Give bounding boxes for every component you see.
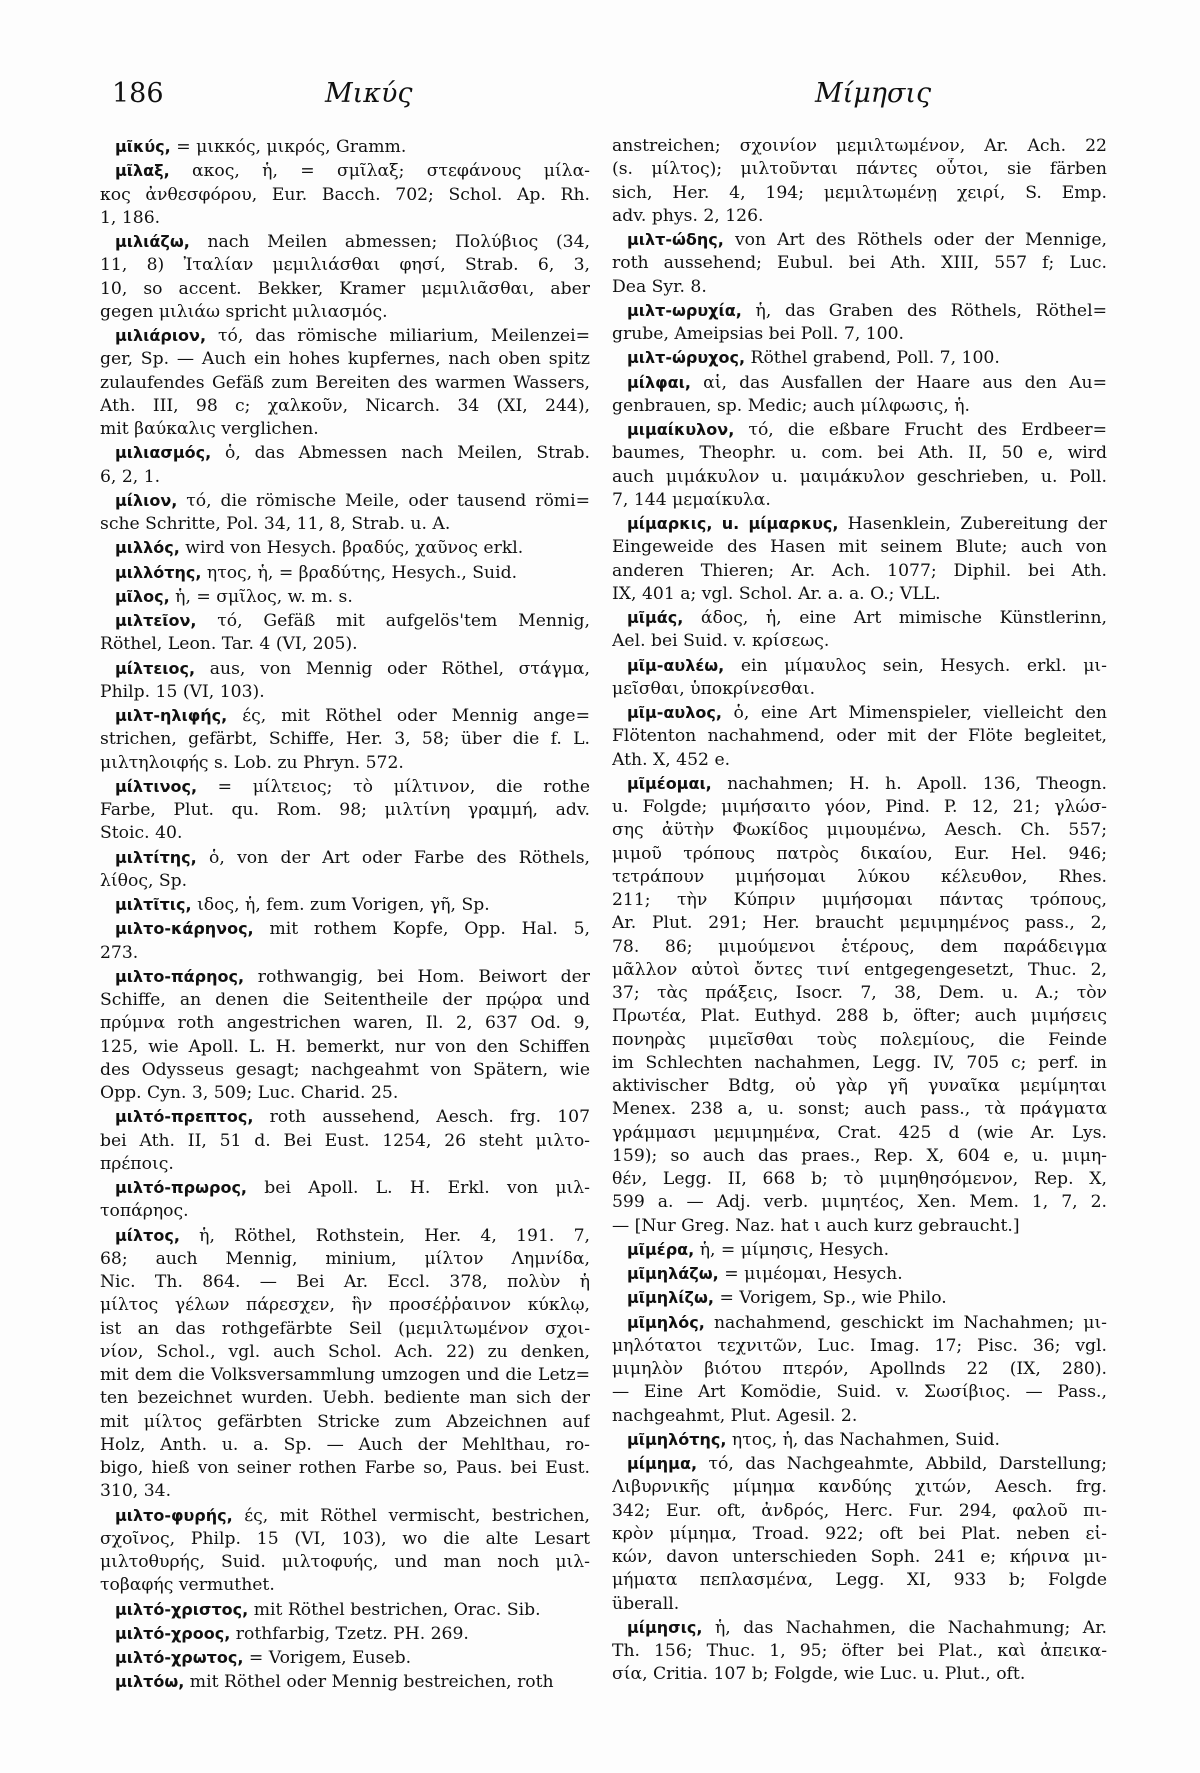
entry-line: Ael. bei Suid. v. κρίσεως. [612,630,1107,653]
entry-line: — Eine Art Komödie, Suid. v. Σωσίβιος. —… [612,1381,1107,1404]
dictionary-entry: μῖμηλότης, ητος, ἡ, das Nachahmen, Suid. [612,1428,1107,1452]
entry-line: mit βαύκαλις verglichen. [100,418,590,441]
entry-text: 68; auch Mennig, minium, μίλτον Λημνίδα, [100,1249,590,1269]
entry-text: zulaufendes Gefäß zum Bereiten des warme… [100,373,590,393]
headword: μιλτ-ηλιφής, [115,706,227,725]
entry-line: μιλτό-χριστος, mit Röthel bestrichen, Or… [100,1598,590,1622]
dictionary-entry: μιλτό-πρεπτος, roth aussehend, Aesch. fr… [100,1105,590,1176]
entry-text: ὁ, das Abmessen nach Meilen, Strab. [225,443,590,463]
entry-line: mit dem die Volksversammlung umzogen und… [100,1364,590,1387]
entry-line: Dea Syr. 8. [612,276,1107,299]
entry-text: τετράπουν μιμήσομαι λύκου κέλευθον, Rhes… [612,867,1107,887]
entry-text: μιλτοθυρής, Suid. μιλτοφυής, und man noc… [100,1552,590,1572]
entry-text: bigo, hieß von seiner rothen Farbe so, P… [100,1458,590,1478]
entry-line: 159); so auch das praes., Rep. X, 604 e,… [612,1145,1107,1168]
entry-line: μίλτινος, = μίλτειος; τὸ μίλτινον, die r… [100,775,590,799]
entry-line: μιλτ-ηλιφής, ές, mit Röthel oder Mennig … [100,704,590,728]
entry-line: ten bezeichnet wurden. Uebh. bediente ma… [100,1387,590,1410]
entry-text: ἡ, Röthel, Rothstein, Her. 4, 191. 7, [199,1226,590,1246]
entry-line: Λιβυρνικῆς μίμημα κανδύης χιτών, Aesch. … [612,1476,1107,1499]
dictionary-entry: μιλτεῖον, τό, Gefäß mit aufgelös'tem Men… [100,609,590,657]
entry-line: Ath. III, 98 c; χαλκοῦν, Nicarch. 34 (XI… [100,395,590,418]
entry-text: von Art des Röthels oder der Mennige, [735,230,1107,250]
entry-text: Λιβυρνικῆς μίμημα κανδύης χιτών, Aesch. … [612,1477,1107,1497]
right-column: anstreichen; σχοινίον μεμιλτωμένον, Ar. … [612,135,1107,1687]
entry-text: Philp. 15 (VI, 103). [100,682,265,702]
entry-text: gegen μιλιάω spricht μιλιασμός. [100,302,388,322]
entry-line: μίλτος γέλων πάρεσχεν, ἣν προσέῤῥαινον κ… [100,1294,590,1317]
entry-line: Ath. X, 452 e. [612,749,1107,772]
entry-text: τό, das Nachgeahmte, Abbild, Darstellung… [708,1454,1107,1474]
entry-text: κών, davon unterschieden Soph. 241 e; κή… [612,1547,1107,1567]
entry-line: κος ἀνθεσφόρου, Eur. Bacch. 702; Schol. … [100,184,590,207]
dictionary-entry: μίλτειος, aus, von Mennig oder Röthel, σ… [100,657,590,705]
entry-text: ὁ, eine Art Mimenspieler, vielleicht den [733,703,1107,723]
entry-text: mit Röthel bestrichen, Orac. Sib. [254,1600,541,1620]
entry-line: μῖμέρα, ἡ, = μίμησις, Hesych. [612,1238,1107,1262]
entry-line: μιλτό-πρεπτος, roth aussehend, Aesch. fr… [100,1105,590,1129]
headword: μιλτό-χρωτος, [115,1648,243,1667]
headword: μῖμ-αυλος, [627,703,722,722]
entry-line: μᾶλλον αὐτοὶ ὄντες τινί entgegengesetzt,… [612,959,1107,982]
entry-text: Ael. bei Suid. v. κρίσεως. [612,631,829,651]
entry-line: baumes, Theophr. u. com. bei Ath. II, 50… [612,442,1107,465]
dictionary-entry: μιλλότης, ητος, ἡ, = βραδύτης, Hesych., … [100,561,590,585]
dictionary-entry: μιλτό-χρωτος, = Vorigem, Euseb. [100,1646,590,1670]
headword: μῖλος, [115,587,170,606]
entry-text: aktivischer Bdtg, οὐ γὰρ γῆ γυναῖκα μεμί… [612,1076,1107,1096]
headword: μιλτό-πρεπτος, [115,1107,253,1126]
entry-line: μίλτειος, aus, von Mennig oder Röthel, σ… [100,657,590,681]
headword: μῖμάς, [627,608,683,627]
entry-line: 1, 186. [100,207,590,230]
entry-line: σχοῖνος, Philp. 15 (VI, 103), wo die alt… [100,1528,590,1551]
entry-text: μίλτος γέλων πάρεσχεν, ἣν προσέῤῥαινον κ… [100,1295,590,1315]
entry-text: 11, 8) Ἰταλίαν μεμιλιάσθαι φησί, Strab. … [100,255,590,275]
entry-text: nachgeahmt, Plut. Agesil. 2. [612,1406,857,1426]
entry-text: baumes, Theophr. u. com. bei Ath. II, 50… [612,443,1107,463]
entry-line: 211; τὴν Κύπριν μιμήσομαι πάντας τρόπους… [612,889,1107,912]
entry-line: Menex. 238 a, u. sonst; auch pass., τὰ π… [612,1098,1107,1121]
entry-line: μιλτόω, mit Röthel oder Mennig bestreich… [100,1670,590,1694]
headword: μιλτό-πρωρος, [115,1178,247,1197]
entry-text: τό, die römische Meile, oder tausend röm… [186,491,590,511]
entry-text: mit βαύκαλις verglichen. [100,419,319,439]
entry-line: μίμημα, τό, das Nachgeahmte, Abbild, Dar… [612,1452,1107,1476]
entry-line: πρύμνα roth angestrichen waren, Il. 2, 6… [100,1012,590,1035]
entry-text: τό, die eßbare Frucht des Erdbeer= [748,420,1107,440]
headword: μῖμ-αυλέω, [627,656,724,675]
entry-text: γράμμασι μεμιμημένα, Crat. 425 d (wie Ar… [612,1123,1107,1143]
headword: μίμαρκις, u. μίμαρκυς, [627,514,838,533]
dictionary-entry: μιλτό-χροος, rothfarbig, Tzetz. PH. 269. [100,1622,590,1646]
entry-text: = Vorigem, Euseb. [249,1648,411,1668]
dictionary-entry: μίλιον, τό, die römische Meile, oder tau… [100,489,590,537]
entry-text: πρύμνα roth angestrichen waren, Il. 2, 6… [100,1013,590,1033]
headword: μῖμηλότης, [627,1430,726,1449]
headword: μίμημα, [627,1454,697,1473]
entry-text: μήματα πεπλασμένα, Legg. XI, 933 b; Folg… [612,1570,1107,1590]
headword: μιλτ-ώδης, [627,230,724,249]
entry-text: = μιμέομαι, Hesych. [724,1264,903,1284]
entry-line: μῖμάς, άδος, ἡ, eine Art mimische Künstl… [612,606,1107,630]
entry-line: anstreichen; σχοινίον μεμιλτωμένον, Ar. … [612,135,1107,158]
dictionary-entry: μιλτό-πρωρος, bei Apoll. L. H. Erkl. von… [100,1176,590,1224]
entry-line: Eingeweide des Hasen mit seinem Blute; a… [612,536,1107,559]
entry-text: Farbe, Plut. qu. Rom. 98; μιλτίνη γραμμή… [100,800,590,820]
entry-line: μιμηλὸν βιότου πτερόν, Apollnds 22 (IX, … [612,1358,1107,1381]
entry-text: des Odysseus gesagt; nachgeahmt von Spät… [100,1060,590,1080]
entry-line: μιλτ-ώδης, von Art des Röthels oder der … [612,228,1107,252]
entry-text: σία, Critia. 107 b; Folgde, wie Luc. u. … [612,1664,1025,1684]
entry-text: u. Folgde; μιμήσαιτο γόον, Pind. P. 12, … [612,797,1107,817]
entry-text: Nic. Th. 864. — Bei Ar. Eccl. 378, πολὺν… [100,1272,590,1292]
dictionary-entry: μίμησις, ἡ, das Nachahmen, die Nachahmun… [612,1616,1107,1687]
entry-text: μεῖσθαι, ὑποκρίνεσθαι. [612,679,815,699]
entry-line: θέν, Legg. II, 668 b; τὸ μιμηθησόμενον, … [612,1168,1107,1191]
entry-text: nachahmen; H. h. Apoll. 136, Theogn. [727,774,1107,794]
entry-text: 78. 86; μιμούμενοι ἑτέρους, dem παράδειγ… [612,937,1107,957]
entry-text: πρέποις. [100,1154,174,1174]
page-number: 186 [112,78,164,109]
entry-line: σία, Critia. 107 b; Folgde, wie Luc. u. … [612,1663,1107,1686]
entry-line: Stoic. 40. [100,822,590,845]
entry-text: μηλότατοι τεχνιτῶν, Luc. Imag. 17; Pisc.… [612,1336,1107,1356]
dictionary-entry: μιλιασμός, ὁ, das Abmessen nach Meilen, … [100,441,590,489]
headword: μιλιάζω, [115,232,190,251]
headword: μῖμηλάζω, [627,1264,719,1283]
entry-line: ger, Sp. — Auch ein hohes kupfernes, nac… [100,348,590,371]
entry-text: aus, von Mennig oder Röthel, στάγμα, [210,659,590,679]
entry-line: νίον, Schol., vgl. auch Schol. Ach. 22) … [100,1341,590,1364]
dictionary-entry: μίμαρκις, u. μίμαρκυς, Hasenklein, Zuber… [612,512,1107,606]
entry-line: bigo, hieß von seiner rothen Farbe so, P… [100,1457,590,1480]
entry-text: mit Röthel oder Mennig bestreichen, roth [190,1672,554,1692]
entry-line: Röthel, Leon. Tar. 4 (VI, 205). [100,633,590,656]
entry-text: anstreichen; σχοινίον μεμιλτωμένον, Ar. … [612,136,1107,156]
entry-line: μῖλος, ἡ, = σμῖλος, w. m. s. [100,585,590,609]
dictionary-entry: μιλτόω, mit Röthel oder Mennig bestreich… [100,1670,590,1694]
entry-text: θέν, Legg. II, 668 b; τὸ μιμηθησόμενον, … [612,1169,1107,1189]
entry-line: μῖμ-αυλος, ὁ, eine Art Mimenspieler, vie… [612,701,1107,725]
headword: μῖμηλίζω, [627,1288,714,1307]
entry-text: ten bezeichnet wurden. Uebh. bediente ma… [100,1388,590,1408]
dictionary-entry: μῖμηλός, nachahmend, geschickt im Nachah… [612,1311,1107,1428]
entry-line: ist an das rothgefärbte Seil (μεμιλτωμέν… [100,1318,590,1341]
headword: μίλτειος, [115,659,195,678]
entry-line: μιλτοθυρής, Suid. μιλτοφυής, und man noc… [100,1551,590,1574]
entry-text: Th. 156; Thuc. 1, 95; öfter bei Plat., κ… [612,1641,1107,1661]
entry-line: anderen Thieren; Ar. Ach. 1077; Diphil. … [612,560,1107,583]
entry-text: (s. μίλτος); μιλτοῦνται πάντες οὗτοι, si… [612,159,1107,179]
entry-line: aktivischer Bdtg, οὐ γὰρ γῆ γυναῖκα μεμί… [612,1075,1107,1098]
entry-text: Ath. X, 452 e. [612,750,730,770]
entry-text: 159); so auch das praes., Rep. X, 604 e,… [612,1146,1107,1166]
entry-text: IX, 401 a; vgl. Schol. Ar. a. a. O.; VLL… [612,584,941,604]
headword: μιλτο-πάρηος, [115,967,244,986]
headword: μιλλότης, [115,563,201,582]
entry-text: σης ἀϋτὴν Φωκίδος μιμουμένω, Aesch. Ch. … [612,820,1107,840]
entry-text: roth aussehend; Eubul. bei Ath. XIII, 55… [612,253,1107,273]
entry-line: 10, so accent. Bekker, Kramer μεμιλιᾶσθα… [100,278,590,301]
entry-text: Holz, Anth. u. a. Sp. — Auch der Mehltha… [100,1435,590,1455]
entry-line: Holz, Anth. u. a. Sp. — Auch der Mehltha… [100,1434,590,1457]
entry-text: Ar. Plut. 291; Her. braucht μεμιμημένος … [612,913,1107,933]
entry-line: auch μιμάκυλον u. μαιμάκυλον geschrieben… [612,466,1107,489]
entry-line: μῖλαξ, ακος, ἡ, = σμῖλαξ; στεφάνους μίλα… [100,159,590,183]
headword: μιλτό-χροος, [115,1624,230,1643]
headword: μῖκύς, [115,137,171,156]
headword: μιλτο-φυρής, [115,1506,233,1525]
entry-line: 7, 144 μεμαίκυλα. [612,489,1107,512]
entry-text: Röthel grabend, Poll. 7, 100. [751,348,1000,368]
entry-text: ὁ, von der Art oder Farbe des Röthels, [209,848,590,868]
guide-word-right: Μίμησις [815,78,931,109]
entry-line: μῖκύς, = μικκός, μικρός, Gramm. [100,135,590,159]
headword: μιμαίκυλον, [627,420,734,439]
entry-line: σης ἀϋτὴν Φωκίδος μιμουμένω, Aesch. Ch. … [612,819,1107,842]
headword: μιλτόω, [115,1672,184,1691]
entry-text: Hasenklein, Zubereitung der [848,514,1107,534]
entry-line: μῖμηλάζω, = μιμέομαι, Hesych. [612,1262,1107,1286]
entry-line: μιμαίκυλον, τό, die eßbare Frucht des Er… [612,418,1107,442]
entry-text: ητος, ἡ, das Nachahmen, Suid. [732,1430,1000,1450]
entry-line: nachgeahmt, Plut. Agesil. 2. [612,1405,1107,1428]
dictionary-entry: μίλφαι, αἱ, das Ausfallen der Haare aus … [612,371,1107,419]
entry-line: 37; τὰς πράξεις, Isocr. 7, 38, Dem. u. A… [612,982,1107,1005]
entry-line: γράμμασι μεμιμημένα, Crat. 425 d (wie Ar… [612,1122,1107,1145]
entry-line: (s. μίλτος); μιλτοῦνται πάντες οὗτοι, si… [612,158,1107,181]
entry-text: τοπάρηος. [100,1201,189,1221]
dictionary-entry: μῖμηλίζω, = Vorigem, Sp., wie Philo. [612,1286,1107,1310]
entry-line: μιλτ-ωρυχία, ἡ, das Graben des Röthels, … [612,299,1107,323]
entry-line: μιλτεῖον, τό, Gefäß mit aufgelös'tem Men… [100,609,590,633]
entry-line: μίλτος, ἡ, Röthel, Rothstein, Her. 4, 19… [100,1224,590,1248]
entry-line: κών, davon unterschieden Soph. 241 e; κή… [612,1546,1107,1569]
entry-text: rothwangig, bei Hom. Beiwort der [258,967,590,987]
headword: μῖμέομαι, [627,774,712,793]
dictionary-entry: μῖμηλάζω, = μιμέομαι, Hesych. [612,1262,1107,1286]
entry-text: μιλτηλοιφής s. Lob. zu Phryn. 572. [100,753,404,773]
entry-line: 11, 8) Ἰταλίαν μεμιλιάσθαι φησί, Strab. … [100,254,590,277]
entry-line: roth aussehend; Eubul. bei Ath. XIII, 55… [612,252,1107,275]
dictionary-entry: μιλλός, wird von Hesych. βραδύς, χαῦνος … [100,536,590,560]
entry-text: wird von Hesych. βραδύς, χαῦνος erkl. [185,538,523,558]
entry-line: zulaufendes Gefäß zum Bereiten des warme… [100,372,590,395]
entry-text: κος ἀνθεσφόρου, Eur. Bacch. 702; Schol. … [100,185,590,205]
entry-line: überall. [612,1593,1107,1616]
entry-text: κρὸν μίμημα, Troad. 922; oft bei Plat. n… [612,1524,1107,1544]
dictionary-entry: μιλτίτης, ὁ, von der Art oder Farbe des … [100,846,590,894]
entry-text: τό, das römische miliarium, Meilenzei= [218,326,590,346]
entry-text: 273. [100,943,138,963]
entry-line: μῖμηλότης, ητος, ἡ, das Nachahmen, Suid. [612,1428,1107,1452]
entry-text: Flötenton nachahmend, oder mit der Flöte… [612,726,1107,746]
entry-line: πονηρὰς μιμεῖσθαι τοὺς πολεμίους, die Fe… [612,1029,1107,1052]
entry-text: ist an das rothgefärbte Seil (μεμιλτωμέν… [100,1319,590,1339]
entry-text: μᾶλλον αὐτοὶ ὄντες τινί entgegengesetzt,… [612,960,1107,980]
entry-text: grube, Ameipsias bei Poll. 7, 100. [612,324,904,344]
entry-text: überall. [612,1594,679,1614]
entry-text: 125, wie Apoll. L. H. bemerkt, nur von d… [100,1037,590,1057]
entry-text: ἡ, das Nachahmen, die Nachahmung; Ar. [715,1618,1107,1638]
entry-text: Πρωτέα, Plat. Euthyd. 288 b, öfter; auch… [612,1006,1107,1026]
entry-line: μιλτῖτις, ιδος, ἡ, fem. zum Vorigen, γῆ,… [100,893,590,917]
headword: μιλτίτης, [115,848,197,867]
entry-line: Flötenton nachahmend, oder mit der Flöte… [612,725,1107,748]
entry-text: roth aussehend, Aesch. frg. 107 [270,1107,590,1127]
entry-line: πρέποις. [100,1153,590,1176]
entry-line: μιλιάριον, τό, das römische miliarium, M… [100,324,590,348]
dictionary-entry: μιλιάριον, τό, das römische miliarium, M… [100,324,590,441]
dictionary-entry: μιλτ-ηλιφής, ές, mit Röthel oder Mennig … [100,704,590,775]
entry-line: μιμοῦ τρόπους πατρὸς δικαίου, Eur. Hel. … [612,843,1107,866]
entry-text: 10, so accent. Bekker, Kramer μεμιλιᾶσθα… [100,279,590,299]
entry-line: μιλτο-φυρής, ές, mit Röthel vermischt, b… [100,1504,590,1528]
entry-text: — Eine Art Komödie, Suid. v. Σωσίβιος. —… [612,1382,1107,1402]
headword: μῖλαξ, [115,161,170,180]
entry-line: Πρωτέα, Plat. Euthyd. 288 b, öfter; auch… [612,1005,1107,1028]
entry-text: ἡ, das Graben des Röthels, Röthel= [756,301,1107,321]
entry-text: λίθος, Sp. [100,871,187,891]
entry-text: αἱ, das Ausfallen der Haare aus den Au= [703,373,1107,393]
entry-line: κρὸν μίμημα, Troad. 922; oft bei Plat. n… [612,1523,1107,1546]
entry-line: λίθος, Sp. [100,870,590,893]
entry-text: ἡ, = μίμησις, Hesych. [700,1240,889,1260]
headword: μιλιάριον, [115,326,206,345]
entry-line: des Odysseus gesagt; nachgeahmt von Spät… [100,1059,590,1082]
headword: μῖμηλός, [627,1313,705,1332]
running-header: 186 Μικύς Μίμησις [0,78,1200,118]
headword: μιλτῖτις, [115,895,192,914]
entry-line: 273. [100,942,590,965]
entry-line: μιλτο-πάρηος, rothwangig, bei Hom. Beiwo… [100,965,590,989]
entry-line: sche Schritte, Pol. 34, 11, 8, Strab. u.… [100,513,590,536]
entry-text: Eingeweide des Hasen mit seinem Blute; a… [612,537,1107,557]
entry-line: im Schlechten nachahmen, Legg. IV, 705 c… [612,1052,1107,1075]
entry-text: bei Ath. II, 51 d. Bei Eust. 1254, 26 st… [100,1131,590,1151]
entry-text: mit dem die Volksversammlung umzogen und… [100,1365,590,1385]
entry-line: Ar. Plut. 291; Her. braucht μεμιμημένος … [612,912,1107,935]
entry-line: μῖμηλός, nachahmend, geschickt im Nachah… [612,1311,1107,1335]
entry-text: genbrauen, sp. Medic; auch μίλφωσις, ἡ. [612,396,970,416]
entry-text: τοβαφής vermuthet. [100,1575,275,1595]
entry-text: nach Meilen abmessen; Πολύβιος (34, [207,232,590,252]
entry-text: 7, 144 μεμαίκυλα. [612,490,771,510]
dictionary-entry: μιλτό-χριστος, mit Röthel bestrichen, Or… [100,1598,590,1622]
entry-text: sche Schritte, Pol. 34, 11, 8, Strab. u.… [100,514,450,534]
entry-line: Th. 156; Thuc. 1, 95; öfter bei Plat., κ… [612,1640,1107,1663]
entry-line: grube, Ameipsias bei Poll. 7, 100. [612,323,1107,346]
entry-line: μιλλός, wird von Hesych. βραδύς, χαῦνος … [100,536,590,560]
entry-text: 6, 2, 1. [100,467,160,487]
entry-line: Nic. Th. 864. — Bei Ar. Eccl. 378, πολὺν… [100,1271,590,1294]
entry-line: adv. phys. 2, 126. [612,205,1107,228]
entry-line: μηλότατοι τεχνιτῶν, Luc. Imag. 17; Pisc.… [612,1335,1107,1358]
entry-line: μιλτό-χρωτος, = Vorigem, Euseb. [100,1646,590,1670]
dictionary-entry: μῖμ-αυλέω, ein μίμαυλος sein, Hesych. er… [612,654,1107,702]
dictionary-entry: μῖμάς, άδος, ἡ, eine Art mimische Künstl… [612,606,1107,654]
entry-line: 78. 86; μιμούμενοι ἑτέρους, dem παράδειγ… [612,936,1107,959]
headword: μιλτ-ωρυχία, [627,301,742,320]
dictionary-entry: μιλτ-ωρυχία, ἡ, das Graben des Röthels, … [612,299,1107,347]
entry-line: μιλλότης, ητος, ἡ, = βραδύτης, Hesych., … [100,561,590,585]
entry-line: μῖμέομαι, nachahmen; H. h. Apoll. 136, T… [612,772,1107,796]
dictionary-entry: μίμημα, τό, das Nachgeahmte, Abbild, Dar… [612,1452,1107,1616]
entry-text: ιδος, ἡ, fem. zum Vorigen, γῆ, Sp. [197,895,490,915]
entry-text: ger, Sp. — Auch ein hohes kupfernes, nac… [100,349,590,369]
entry-line: τοπάρηος. [100,1200,590,1223]
dictionary-entry: μῖμέομαι, nachahmen; H. h. Apoll. 136, T… [612,772,1107,1238]
entry-text: σχοῖνος, Philp. 15 (VI, 103), wo die alt… [100,1529,590,1549]
entry-text: strichen, gefärbt, Schiffe, Her. 3, 58; … [100,729,590,749]
dictionary-entry: μῖμέρα, ἡ, = μίμησις, Hesych. [612,1238,1107,1262]
entry-text: adv. phys. 2, 126. [612,206,764,226]
entry-text: μιμοῦ τρόπους πατρὸς δικαίου, Eur. Hel. … [612,844,1107,864]
entry-text: 1, 186. [100,208,160,228]
headword: μιλιασμός, [115,443,211,462]
entry-text: Dea Syr. 8. [612,277,707,297]
headword: μιλτεῖον, [115,611,196,630]
entry-text: μιμηλὸν βιότου πτερόν, Apollnds 22 (IX, … [612,1359,1107,1379]
entry-text: Stoic. 40. [100,823,182,843]
entry-line: bei Ath. II, 51 d. Bei Eust. 1254, 26 st… [100,1130,590,1153]
entry-line: IX, 401 a; vgl. Schol. Ar. a. a. O.; VLL… [612,583,1107,606]
entry-text: Menex. 238 a, u. sonst; auch pass., τὰ π… [612,1099,1107,1119]
entry-text: 310, 34. [100,1481,171,1501]
entry-line: μίμαρκις, u. μίμαρκυς, Hasenklein, Zuber… [612,512,1107,536]
dictionary-entry: μιλτῖτις, ιδος, ἡ, fem. zum Vorigen, γῆ,… [100,893,590,917]
entry-line: 599 a. — Adj. verb. μιμητέος, Xen. Mem. … [612,1191,1107,1214]
headword: μῖμέρα, [627,1240,694,1259]
headword: μιλτο-κάρηνος, [115,919,254,938]
entry-text: Schiffe, an denen die Seitentheile der π… [100,990,590,1010]
dictionary-entry: anstreichen; σχοινίον μεμιλτωμένον, Ar. … [612,135,1107,228]
entry-text: nachahmend, geschickt im Nachahmen; μι- [714,1313,1107,1333]
entry-line: Opp. Cyn. 3, 509; Luc. Charid. 25. [100,1082,590,1105]
dictionary-entry: μιλτ-ώδης, von Art des Röthels oder der … [612,228,1107,299]
entry-text: Opp. Cyn. 3, 509; Luc. Charid. 25. [100,1083,398,1103]
entry-text: = μίλτειος; τὸ μίλτινον, die rothe [218,777,590,797]
entry-line: μιλτό-πρωρος, bei Apoll. L. H. Erkl. von… [100,1176,590,1200]
entry-line: μήματα πεπλασμένα, Legg. XI, 933 b; Folg… [612,1569,1107,1592]
entry-line: 6, 2, 1. [100,466,590,489]
entry-line: Philp. 15 (VI, 103). [100,681,590,704]
entry-text: 37; τὰς πράξεις, Isocr. 7, 38, Dem. u. A… [612,983,1107,1003]
entry-text: Ath. III, 98 c; χαλκοῦν, Nicarch. 34 (XI… [100,396,590,416]
entry-line: 68; auch Mennig, minium, μίλτον Λημνίδα, [100,1248,590,1271]
entry-line: u. Folgde; μιμήσαιτο γόον, Pind. P. 12, … [612,796,1107,819]
headword: μίλιον, [115,491,177,510]
entry-text: rothfarbig, Tzetz. PH. 269. [236,1624,469,1644]
dictionary-entry: μιλτο-πάρηος, rothwangig, bei Hom. Beiwo… [100,965,590,1106]
entry-text: mit rothem Kopfe, Opp. Hal. 5, [269,919,590,939]
entry-line: μίλιον, τό, die römische Meile, oder tau… [100,489,590,513]
entry-line: τετράπουν μιμήσομαι λύκου κέλευθον, Rhes… [612,866,1107,889]
entry-text: άδος, ἡ, eine Art mimische Künstlerinn, [701,608,1107,628]
headword: μιλλός, [115,538,180,557]
dictionary-entry: μιλιάζω, nach Meilen abmessen; Πολύβιος … [100,230,590,324]
entry-text: bei Apoll. L. H. Erkl. von μιλ- [264,1178,590,1198]
dictionary-entry: μῖλαξ, ακος, ἡ, = σμῖλαξ; στεφάνους μίλα… [100,159,590,230]
entry-text: = Vorigem, Sp., wie Philo. [719,1288,946,1308]
entry-text: sich, Her. 4, 194; μεμιλτωμένῃ χειρί, S.… [612,183,1107,203]
headword: μιλτό-χριστος, [115,1600,248,1619]
entry-text: 342; Eur. oft, ἀνδρός, Herc. Fur. 294, φ… [612,1501,1107,1521]
entry-line: μεῖσθαι, ὑποκρίνεσθαι. [612,678,1107,701]
dictionary-entry: μῖμ-αυλος, ὁ, eine Art Mimenspieler, vie… [612,701,1107,772]
entry-text: anderen Thieren; Ar. Ach. 1077; Diphil. … [612,561,1107,581]
